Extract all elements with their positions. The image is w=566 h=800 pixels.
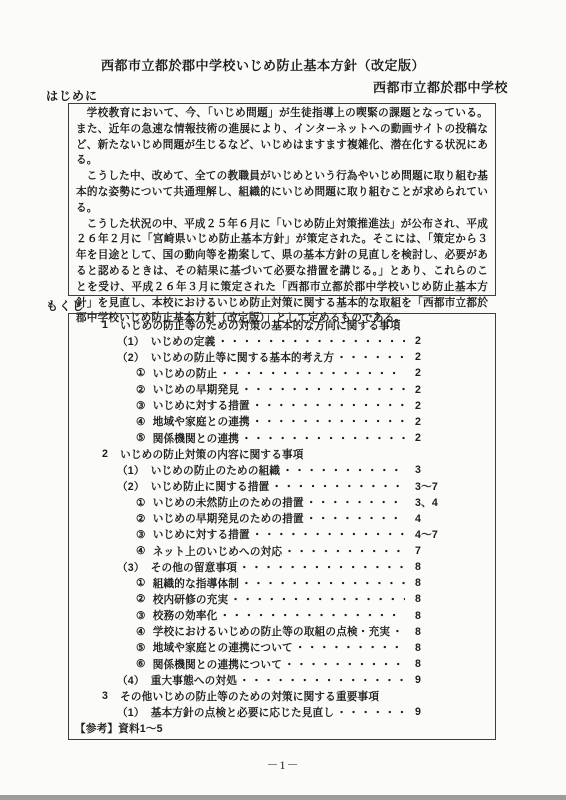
toc-entry-number: ⑤ [136,432,146,444]
toc-entry-label: いじめに対する措置 [153,398,250,413]
toc-entry-label: いじめの防止等のための対策の基本的な方向に関する事項 [120,318,401,333]
toc-entry-dots: ・・・・・・・・・・・・・・・・・・・・・・・・・・・・・・・・・・・・・・・・… [239,673,405,688]
toc-entry-page: 2 [405,432,489,444]
toc-entry-label: 校務の効率化 [153,608,218,623]
toc-entry: 3 その他いじめの防止等のための対策に関する重要事項 [75,688,489,704]
toc-entry-number: 1 [102,319,108,331]
toc-entry-label: 関係機関との連携 [153,431,239,446]
toc-entry: ① いじめの防止 ・・・・・・・・・・・・・・・・・・・・・・・・・・・・・・・… [75,365,489,381]
toc-entry-dots: ・・・・・・・・・・・・・・・・・・・・・・・・・・・・・・・・・・・・・・・・… [239,560,405,575]
toc-entry-dots: ・・・・・・・・・・・・・・・・・・・・・・・・・・・・・・・・・・・・・・・・… [230,592,405,607]
toc-entry-dots: ・・・・・・・・・・・・・・・・・・・・・・・・・・・・・・・・・・・・・・・・… [336,705,405,720]
page-number: －1－ [0,756,566,773]
toc-entry-number: ① [136,367,146,379]
toc-entry-page: 8 [405,626,489,638]
toc-entry-dots: ・・・・・・・・・・・・・・・・・・・・・・・・・・・・・・・・・・・・・・・・… [271,479,405,494]
toc-entry-page: 2 [405,335,489,347]
school-name: 西都市立都於郡中学校 [373,77,508,96]
toc-entry: 2 いじめの防止対策の内容に関する事項 [75,446,489,462]
document-page: 西都市立都於郡中学校いじめ防止基本方針（改定版） 西都市立都於郡中学校 はじめに… [0,0,566,800]
toc-entry-number: ⑤ [136,642,146,654]
toc-entry-label: 地域や家庭との連携について [153,640,293,655]
toc-entry: ④ 学校におけるいじめの防止等の取組の点検・充実 ・・・・・・・・・・・・・・・… [75,624,489,640]
toc-entry-number: （1） [117,463,145,478]
toc-entry-number: 3 [102,690,108,702]
toc-entry-page: 2 [405,351,489,363]
toc-entry: ④ 地域や家庭との連携 ・・・・・・・・・・・・・・・・・・・・・・・・・・・・… [75,414,489,430]
toc-entry-label: 組織的な指導体制 [153,576,239,591]
toc-entry-number: ② [136,384,146,396]
toc-entry: 【参考】資料1～5 [75,721,489,737]
toc-entry: ③ 校務の効率化 ・・・・・・・・・・・・・・・・・・・・・・・・・・・・・・・… [75,608,489,624]
toc-entry-number: ③ [136,610,146,622]
toc-entry-dots: ・・・・・・・・・・・・・・・・・・・・・・・・・・・・・・・・・・・・・・・・… [252,414,405,429]
toc-entry-label: いじめの防止 [153,366,218,381]
toc-entry-page: 8 [405,561,489,573]
toc-entry-page: 2 [405,416,489,428]
toc-entry-label: いじめの防止等に関する基本的考え方 [151,350,335,365]
toc-entry-dots: ・・・・・・・・・・・・・・・・・・・・・・・・・・・・・・・・・・・・・・・・… [282,463,405,478]
intro-paragraph: 学校教育において、今、「いじめ問題」が生徒指導上の喫緊の課題となっている。また、… [76,106,488,169]
toc-entry-label: 重大事態への対処 [151,673,237,688]
toc-entry-dots: ・・・・・・・・・・・・・・・・・・・・・・・・・・・・・・・・・・・・・・・・… [295,640,405,655]
toc-entry: ② いじめの早期発見のための措置 ・・・・・・・・・・・・・・・・・・・・・・・… [75,511,489,527]
toc-entry-label: 校内研修の充実 [153,592,229,607]
toc-entry: ⑤ 関係機関との連携 ・・・・・・・・・・・・・・・・・・・・・・・・・・・・・… [75,430,489,446]
page-title: 西都市立都於郡中学校いじめ防止基本方針（改定版） [0,55,526,74]
toc-entry: ⑤ 地域や家庭との連携について ・・・・・・・・・・・・・・・・・・・・・・・・… [75,640,489,656]
toc-entry-label: いじめの未然防止のための措置 [153,495,304,510]
toc-entry-number: ② [136,513,146,525]
toc-entry: 1 いじめの防止等のための対策の基本的な方向に関する事項 [75,317,489,333]
toc-entry-label: 【参考】資料1～5 [75,721,163,736]
toc-entry-number: ② [136,593,146,605]
toc-entry-number: ④ [136,626,146,638]
toc-entry: （1） いじめの防止のための組織 ・・・・・・・・・・・・・・・・・・・・・・・… [75,462,489,478]
toc-entry-number: （4） [117,673,145,688]
toc-entry-label: いじめの早期発見のための措置 [153,511,304,526]
toc-entry-label: 地域や家庭との連携 [153,414,250,429]
toc-entry: ② いじめの早期発見 ・・・・・・・・・・・・・・・・・・・・・・・・・・・・・… [75,382,489,398]
toc-entry: （4） 重大事態への対処 ・・・・・・・・・・・・・・・・・・・・・・・・・・・… [75,672,489,688]
toc-entry-dots: ・・・・・・・・・・・・・・・・・・・・・・・・・・・・・・・・・・・・・・・・… [284,657,405,672]
toc-entry-number: （3） [117,560,145,575]
toc-entry-page: 3～7 [405,479,489,494]
toc-entry-dots: ・・・・・・・・・・・・・・・・・・・・・・・・・・・・・・・・・・・・・・・・… [252,527,405,542]
toc-entry-label: 基本方針の点検と必要に応じた見直し [151,705,335,720]
toc-entry: （2） いじめの防止等に関する基本的考え方 ・・・・・・・・・・・・・・・・・・… [75,349,489,365]
intro-box: 学校教育において、今、「いじめ問題」が生徒指導上の喫緊の課題となっている。また、… [68,103,496,296]
toc-entry-label: いじめの早期発見 [153,382,239,397]
toc-entry-dots: ・・・・・・・・・・・・・・・・・・・・・・・・・・・・・・・・・・・・・・・・… [392,624,405,639]
toc-entry-number: （1） [117,705,145,720]
toc-entry-page: 3 [405,464,489,476]
toc-entry-dots: ・・・・・・・・・・・・・・・・・・・・・・・・・・・・・・・・・・・・・・・・… [219,366,405,381]
toc-entry-number: 2 [102,448,108,460]
toc-entry-label: その他いじめの防止等のための対策に関する重要事項 [120,689,379,704]
toc-entry-label: いじめの定義 [151,334,216,349]
toc-entry-dots: ・・・・・・・・・・・・・・・・・・・・・・・・・・・・・・・・・・・・・・・・… [241,431,405,446]
toc-entry-page: 8 [405,593,489,605]
toc-entry-label: 関係機関との連携について [153,657,282,672]
toc-entry: ⑥ 関係機関との連携について ・・・・・・・・・・・・・・・・・・・・・・・・・… [75,656,489,672]
toc-entry-page: 4～7 [405,527,489,542]
toc-entry-page: 7 [405,545,489,557]
toc-entry-dots: ・・・・・・・・・・・・・・・・・・・・・・・・・・・・・・・・・・・・・・・・… [306,495,405,510]
toc-entry-number: ① [136,497,146,509]
toc-entry-number: ① [136,577,146,589]
section-heading-mokuji: もくじ [46,297,85,314]
toc-entry-page: 9 [405,706,489,718]
toc-entry-page: 9 [405,674,489,686]
toc-entry: ① 組織的な指導体制 ・・・・・・・・・・・・・・・・・・・・・・・・・・・・・… [75,575,489,591]
toc-entry-label: ネット上のいじめへの対応 [153,544,283,559]
toc-entry-number: ⑥ [136,658,146,670]
toc-entry-number: （2） [117,350,145,365]
toc-entry-dots: ・・・・・・・・・・・・・・・・・・・・・・・・・・・・・・・・・・・・・・・・… [217,334,405,349]
toc-entry-dots: ・・・・・・・・・・・・・・・・・・・・・・・・・・・・・・・・・・・・・・・・… [241,382,405,397]
toc-entry-page: 8 [405,610,489,622]
toc-entry-number: ④ [136,416,146,428]
toc-entry-dots: ・・・・・・・・・・・・・・・・・・・・・・・・・・・・・・・・・・・・・・・・… [219,608,405,623]
intro-paragraph: こうした中、改めて、全ての教職員がいじめという行為やいじめ問題に取り組む基本的な… [76,169,488,216]
toc-entry-page: 8 [405,658,489,670]
toc-box: 1 いじめの防止等のための対策の基本的な方向に関する事項 （1） いじめの定義 … [68,313,496,740]
toc-entry-label: いじめ防止に関する措置 [151,479,270,494]
page-bottom-edge [0,795,566,800]
toc-entry-dots: ・・・・・・・・・・・・・・・・・・・・・・・・・・・・・・・・・・・・・・・・… [252,398,405,413]
toc-entry: ② 校内研修の充実 ・・・・・・・・・・・・・・・・・・・・・・・・・・・・・・… [75,591,489,607]
toc-entry-dots: ・・・・・・・・・・・・・・・・・・・・・・・・・・・・・・・・・・・・・・・・… [241,576,405,591]
toc-entry: ③ いじめに対する措置 ・・・・・・・・・・・・・・・・・・・・・・・・・・・・… [75,398,489,414]
toc-entry-number: ④ [136,545,146,557]
toc-entry: （1） 基本方針の点検と必要に応じた見直し ・・・・・・・・・・・・・・・・・・… [75,704,489,720]
toc-entry-label: 学校におけるいじめの防止等の取組の点検・充実 [153,624,390,639]
toc-entry: ① いじめの未然防止のための措置 ・・・・・・・・・・・・・・・・・・・・・・・… [75,495,489,511]
section-heading-hajimeni: はじめに [46,87,98,104]
toc-entry-page: 2 [405,384,489,396]
toc-entry-page: 8 [405,642,489,654]
toc-entry-number: ③ [136,400,146,412]
toc-entry-number: （2） [117,479,145,494]
toc-entry-number: （1） [117,334,145,349]
toc-entry-page: 3、4 [405,495,489,510]
toc-entry: （1） いじめの定義 ・・・・・・・・・・・・・・・・・・・・・・・・・・・・・… [75,333,489,349]
toc-entry-label: いじめに対する措置 [153,527,250,542]
toc-entry-dots: ・・・・・・・・・・・・・・・・・・・・・・・・・・・・・・・・・・・・・・・・… [284,544,405,559]
toc-entry-page: 8 [405,577,489,589]
toc-entry-page: 4 [405,513,489,525]
toc-entry: （3） その他の留意事項 ・・・・・・・・・・・・・・・・・・・・・・・・・・・… [75,559,489,575]
toc-entry-dots: ・・・・・・・・・・・・・・・・・・・・・・・・・・・・・・・・・・・・・・・・… [306,511,405,526]
toc-entry-label: その他の留意事項 [151,560,237,575]
toc-entry: （2） いじめ防止に関する措置 ・・・・・・・・・・・・・・・・・・・・・・・・… [75,478,489,494]
toc-entry-dots: ・・・・・・・・・・・・・・・・・・・・・・・・・・・・・・・・・・・・・・・・… [336,350,405,365]
toc-entry: ④ ネット上のいじめへの対応 ・・・・・・・・・・・・・・・・・・・・・・・・・… [75,543,489,559]
toc-entry-page: 2 [405,400,489,412]
intro-paragraph: こうした状況の中、平成２５年６月に「いじめ防止対策推進法」が公布され、平成２６年… [76,217,488,328]
toc-entry-label: いじめの防止対策の内容に関する事項 [120,447,304,462]
toc-entry-page: 2 [405,367,489,379]
toc-entry-label: いじめの防止のための組織 [151,463,281,478]
toc-entry: ③ いじめに対する措置 ・・・・・・・・・・・・・・・・・・・・・・・・・・・・… [75,527,489,543]
toc-entry-number: ③ [136,529,146,541]
